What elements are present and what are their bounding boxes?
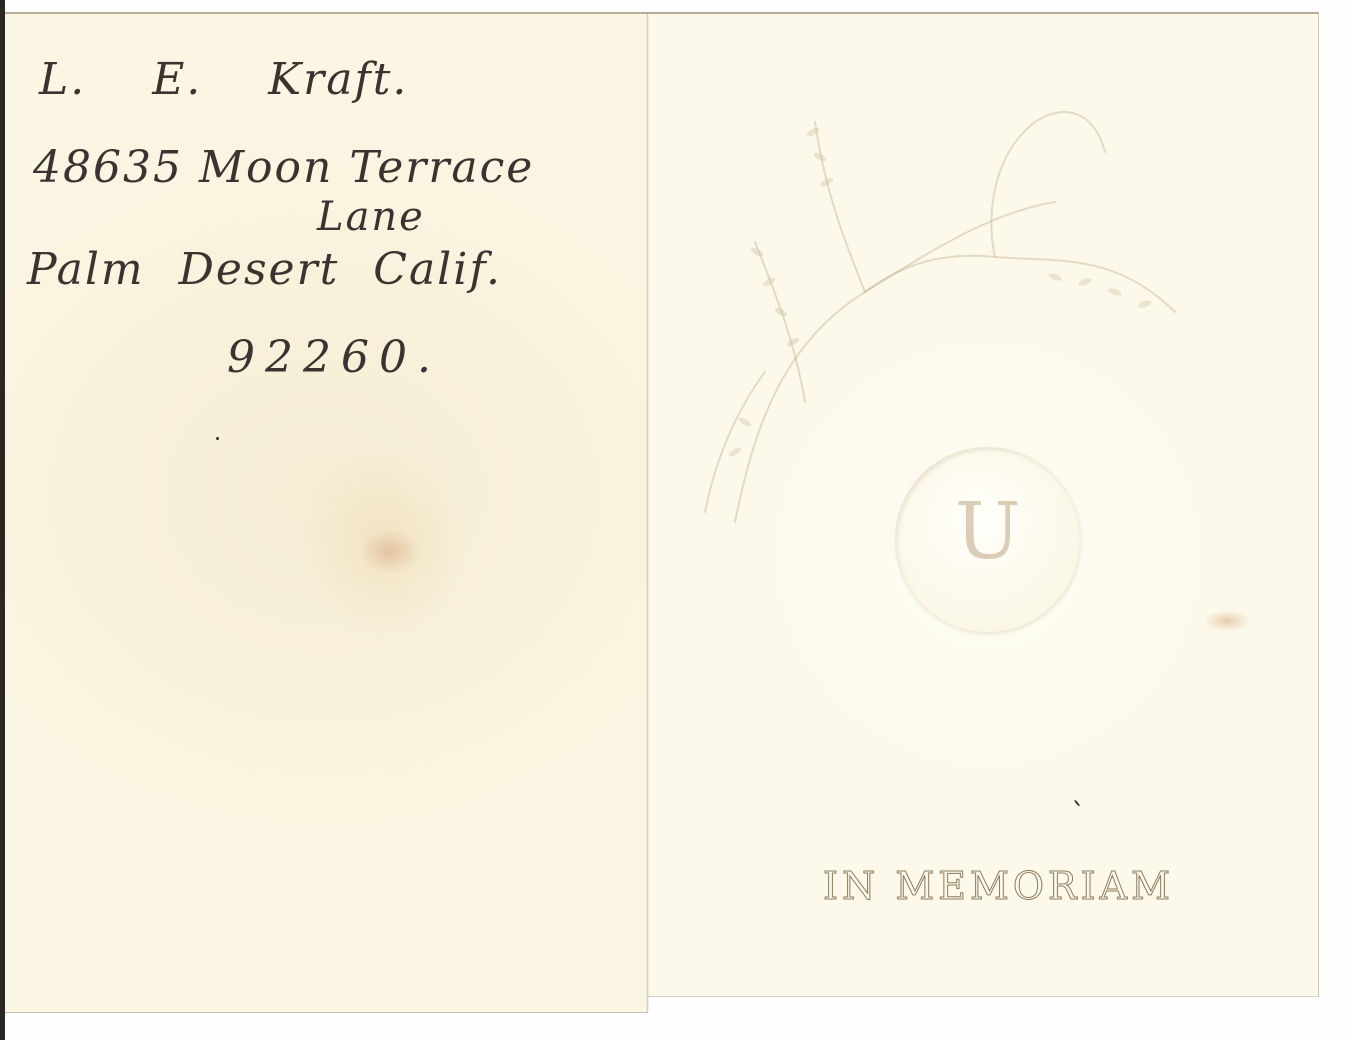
- ink-speck: [216, 437, 219, 440]
- address-street: 48635 Moon Terrace: [33, 142, 534, 193]
- ink-speck: [1074, 799, 1081, 806]
- seal-glyph: U: [955, 487, 1015, 577]
- stain-spot: [360, 529, 420, 574]
- stain-spot: [1203, 610, 1251, 632]
- card-left-panel: L. E. Kraft. 48635 Moon Terrace Lane Pal…: [5, 12, 648, 1013]
- address-name: L. E. Kraft.: [39, 54, 408, 105]
- in-memoriam-title: IN MEMORIAM: [823, 864, 1174, 908]
- address-zip: 92260.: [227, 332, 441, 383]
- memorial-card: L. E. Kraft. 48635 Moon Terrace Lane Pal…: [5, 12, 1319, 1012]
- address-street-suffix: Lane: [317, 194, 425, 240]
- card-fold-line: [646, 12, 649, 1012]
- address-city-state: Palm Desert Calif.: [27, 244, 502, 295]
- embossed-seal-icon: U: [895, 447, 1080, 632]
